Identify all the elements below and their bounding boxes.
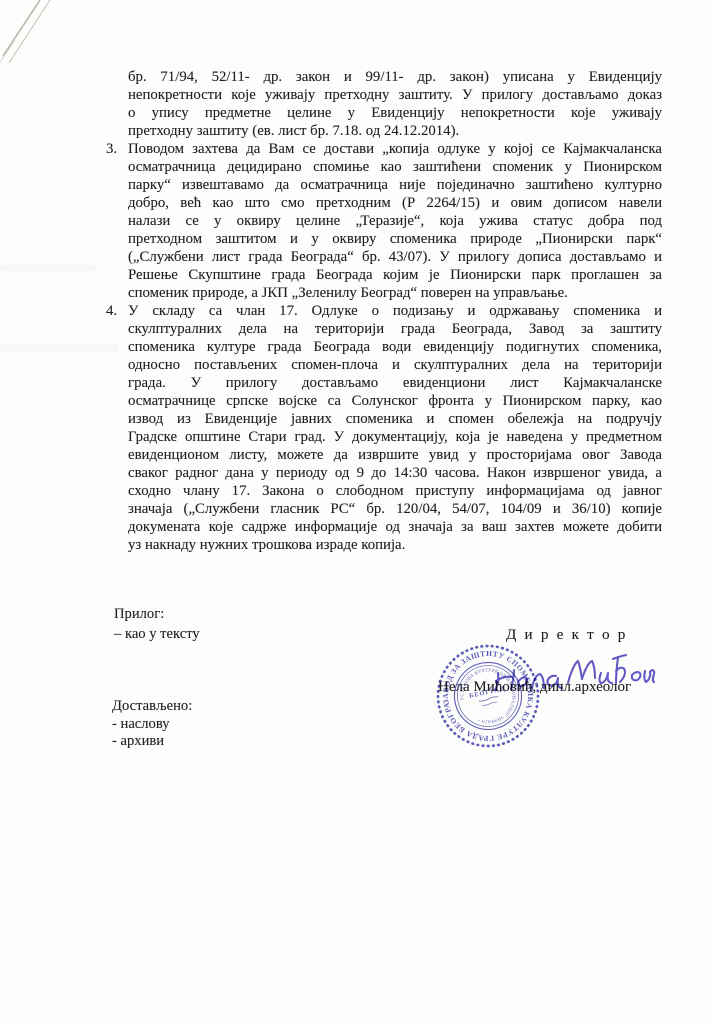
- scan-artifact: [0, 264, 96, 271]
- paper-crease-marks: [0, 0, 120, 110]
- scan-artifact: [0, 344, 118, 352]
- list-item-3: 3. Поводом захтева да Вам се достави „ко…: [106, 140, 662, 302]
- text-line: Решење Скупштине града Београда којим је…: [128, 266, 662, 284]
- text-line: споменика културе града Београда води ев…: [128, 338, 662, 356]
- text-line: сходно члану 17. Закона о слободном прис…: [128, 482, 662, 500]
- director-title: Д и р е к т о р: [506, 626, 628, 644]
- text-line: скулптуралних дела на територији града Б…: [128, 320, 662, 338]
- delivered-label: Достављено:: [112, 698, 192, 716]
- intro-paragraph: бр. 71/94, 52/11- др. закон и 99/11- др.…: [128, 68, 662, 140]
- text-line: непокретности које уживају претходну заш…: [128, 86, 662, 104]
- text-line: о упису предметне целине у Евиденцију не…: [128, 104, 662, 122]
- delivered-item: - наслову: [112, 716, 192, 734]
- text-line: бр. 71/94, 52/11- др. закон и 99/11- др.…: [128, 68, 662, 86]
- text-line: парку“ извештавамо да осматрачница није …: [128, 176, 662, 194]
- text-line: значаја („Службени гласник РС“ бр. 120/0…: [128, 500, 662, 518]
- item-number: 3.: [106, 140, 128, 158]
- text-line: добро, већ као што смо претходним (Р 226…: [128, 194, 662, 212]
- text-line: У складу са члан 17. Одлуке о подизању и…: [128, 302, 662, 320]
- stamp-center-mark: [482, 702, 498, 707]
- text-line: Поводом захтева да Вам се достави „копиј…: [128, 140, 662, 158]
- attachment-block: Прилог: – као у тексту: [114, 604, 200, 644]
- text-line: осматрачнице српске војске са Солунског …: [128, 392, 662, 410]
- item-number: 4.: [106, 302, 128, 320]
- delivered-item: - архиви: [112, 733, 192, 751]
- text-line: претходну заштиту (ев. лист бр. 7.18. од…: [128, 122, 662, 140]
- list-item-4: 4. У складу са члан 17. Одлуке о подизањ…: [106, 302, 662, 554]
- text-line: сваког радног дана у периоду од 9 до 14:…: [128, 464, 662, 482]
- text-line: („Службени лист града Београда“ бр. 43/0…: [128, 248, 662, 266]
- text-line: извод из Евиденције јавних споменика и с…: [128, 410, 662, 428]
- scanned-letter-page: бр. 71/94, 52/11- др. закон и 99/11- др.…: [0, 0, 710, 1024]
- text-line: уз накнаду нужних трошкова израде копија…: [128, 536, 662, 554]
- attachment-label: Прилог:: [114, 604, 200, 624]
- text-line: претходном заштитом и у оквиру споменика…: [128, 230, 662, 248]
- text-line: докумената које садрже информације од зн…: [128, 518, 662, 536]
- text-line: налази се у оквиру целине „Теразије“, ко…: [128, 212, 662, 230]
- attachment-value: – као у тексту: [114, 624, 200, 644]
- text-line: споменик природе, а ЈКП „Зеленилу Београ…: [128, 284, 662, 302]
- delivered-block: Достављено: - наслову - архиви: [112, 698, 192, 751]
- signature: [488, 645, 658, 700]
- text-line: осматрачница децидирано спомиње као зашт…: [128, 158, 662, 176]
- text-line: града. У прилогу достављамо евиденциони …: [128, 374, 662, 392]
- letter-body: бр. 71/94, 52/11- др. закон и 99/11- др.…: [106, 68, 662, 554]
- text-line: евиденционом листу, можете да извршите у…: [128, 446, 662, 464]
- text-line: Градске општине Стари град. У документац…: [128, 428, 662, 446]
- text-line: односно постављених спомен-плоча и скулп…: [128, 356, 662, 374]
